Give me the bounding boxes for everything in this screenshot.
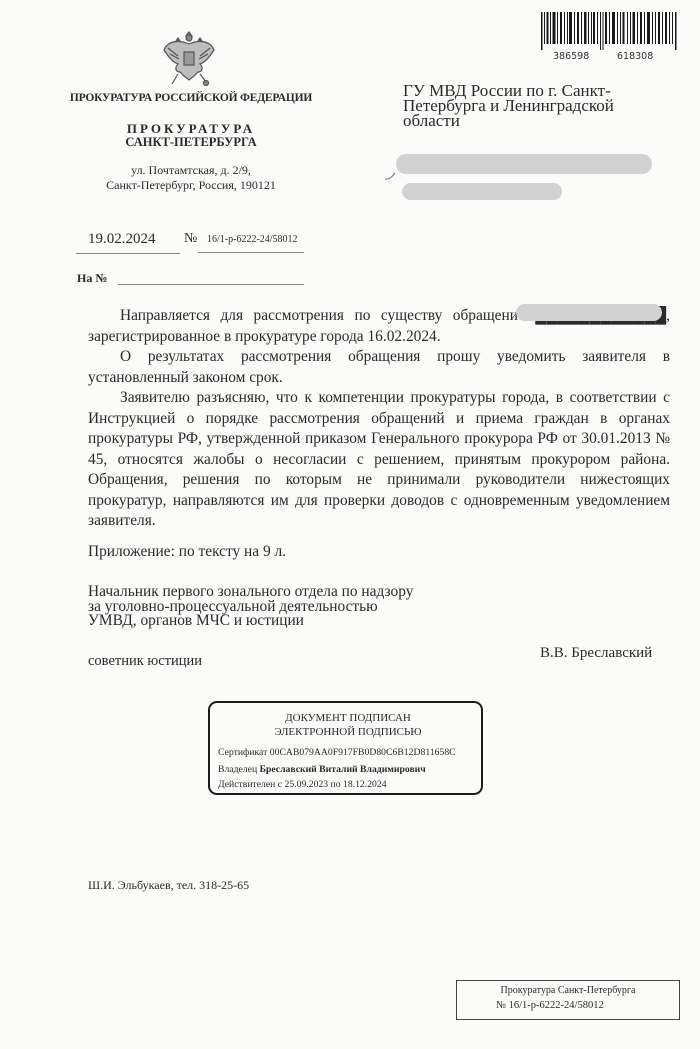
- reply-to-label: На №: [77, 271, 107, 286]
- signer-position: Начальник первого зонального отдела по н…: [88, 585, 413, 629]
- number-underline: [198, 252, 304, 253]
- org-federation: ПРОКУРАТУРА РОССИЙСКОЙ ФЕДЕРАЦИИ: [60, 92, 322, 104]
- signer-name: В.В. Бреславский: [540, 645, 652, 662]
- barcode-number-right: 618308: [617, 51, 653, 62]
- signer-rank: советник юстиции: [88, 653, 202, 670]
- addressee: ГУ МВД России по г. Санкт- Петербурга и …: [403, 83, 643, 128]
- paragraph-3: Заявителю разъясняю, что к компетенции п…: [88, 388, 670, 532]
- stamp-title-line1: ДОКУМЕНТ ПОДПИСАН: [208, 712, 488, 724]
- reply-to-underline: [118, 284, 304, 285]
- registration-stamp-line2: № 16/1-р-6222-24/58012: [496, 1000, 604, 1011]
- redaction-bar: [516, 304, 662, 321]
- redaction-bar: [402, 183, 562, 200]
- outgoing-date: 19.02.2024: [88, 231, 156, 248]
- stamp-certificate: Сертификат 00CAB079AA0F917FB0D80C6B12D81…: [218, 747, 456, 758]
- org-address-line2: Санкт-Петербург, Россия, 190121: [60, 178, 322, 193]
- date-underline: [76, 253, 180, 254]
- pen-tick-mark: [384, 168, 396, 178]
- number-sign: №: [184, 231, 197, 247]
- barcode: [541, 12, 681, 50]
- org-city: САНКТ-ПЕТЕРБУРГА: [60, 135, 322, 150]
- paragraph-2: О результатах рассмотрения обращения про…: [88, 347, 670, 388]
- executor-contact: Ш.И. Эльбукаев, тел. 318-25-65: [88, 878, 249, 893]
- stamp-title-line2: ЭЛЕКТРОННОЙ ПОДПИСЬЮ: [208, 726, 488, 738]
- barcode-number-left: 386598: [553, 51, 589, 62]
- appendix: Приложение: по тексту на 9 л.: [88, 543, 286, 561]
- russian-coat-of-arms-icon: [160, 28, 218, 90]
- stamp-owner: Владелец Бреславский Виталий Владимирови…: [218, 764, 426, 775]
- addressee-line3: области: [403, 113, 643, 128]
- org-address-line1: ул. Почтамтская, д. 2/9,: [60, 163, 322, 178]
- registration-stamp-line1: Прокуратура Санкт-Петербурга: [456, 985, 680, 996]
- outgoing-number: 16/1-р-6222-24/58012: [207, 234, 298, 245]
- redaction-bar: [396, 154, 652, 174]
- stamp-validity: Действителен с 25.09.2023 по 18.12.2024: [218, 779, 387, 790]
